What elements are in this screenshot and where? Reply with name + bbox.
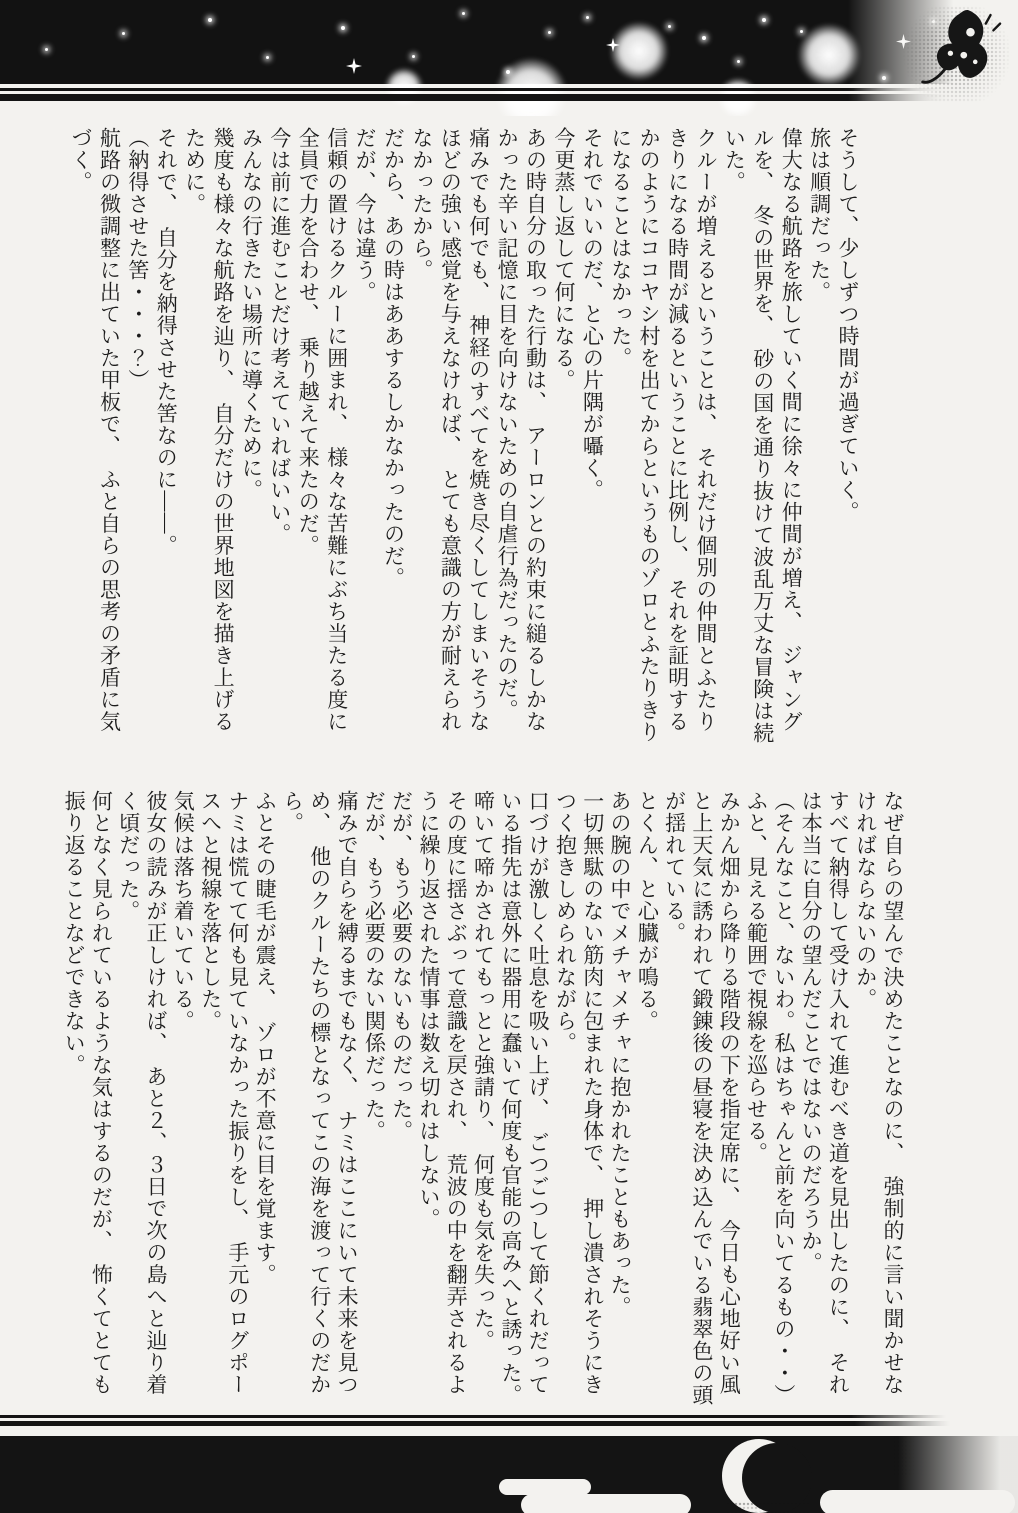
paragraph: みんなの行きたい場所に導くために。: [237, 127, 265, 745]
footer-fade: [898, 1410, 1018, 1513]
paragraph: だが、もう必要のないものだった。: [387, 790, 414, 1408]
star-dot: [762, 18, 766, 22]
paragraph: とくん、と心臓が鳴る。: [633, 790, 660, 1408]
paragraph: 啼いて啼かされてもっとと強請り、 何度も気を失った。: [469, 790, 496, 1408]
paragraph: 航路の微調整に出ていた甲板で、 ふと自らの思考の矛盾に気づく。: [67, 127, 124, 745]
butterfly-icon: [916, 2, 1002, 94]
header-rule-thin: [0, 88, 948, 91]
paragraph: 一切無駄のない筋肉に包まれた身体で、 押し潰されそうにきつく抱きしめられながら。: [551, 790, 606, 1408]
paragraph: 今は前に進むことだけ考えていればいい。: [265, 127, 293, 745]
paragraph: ふとその睫毛が震え、 ゾロが不意に目を覚ます。: [251, 790, 278, 1408]
star-dot: [800, 30, 803, 33]
footer-night-band: [0, 1410, 1018, 1513]
paragraph: みかん畑から降りる階段の下を指定席に、 今日も心地好い風と上天気に誘われて鍛錬後…: [660, 790, 742, 1408]
star-dot: [122, 32, 125, 35]
paragraph: 旅は順調だった。: [805, 127, 833, 745]
paragraph: 彼女の読みが正しければ、 あと２、３日で次の島へと辿り着く頃だった。: [114, 790, 169, 1408]
paragraph: 何となく見られているような気はするのだが、 怖くてとても振り返ることなどできない…: [60, 790, 115, 1408]
star-dot: [586, 16, 589, 19]
cloud-shape: [521, 1494, 691, 1513]
footer-rule-thin: [0, 1415, 946, 1418]
paragraph: あの時自分の取った行動は、 アーロンとの約束に縋るしかなかった辛い記憶に目を向け…: [493, 127, 550, 745]
paragraph: 痛みで自らを縛るまでもなく、 ナミはここにいて未来を見つめ、 他のクルーたちの標…: [278, 790, 360, 1408]
paragraph: だから、あの時はああするしかなかったのだ。: [379, 127, 407, 745]
paragraph: クルーが増えるということは、 それだけ個別の仲間とふたりきりになる時間が減るとい…: [606, 127, 720, 745]
star-dot: [506, 70, 510, 74]
paragraph: 偉大なる航路を旅していく間に徐々に仲間が増え、 ジャングルを、 冬の世界を、 砂…: [720, 127, 805, 745]
paragraph: そうして、少しずつ時間が過ぎていく。: [834, 127, 862, 745]
star-dot: [702, 36, 706, 40]
paragraph: なぜ自らの望んで決めたことなのに、 強制的に言い聞かせなければならないのか。: [851, 790, 906, 1408]
paragraph: ナミは慌てて何も見ていなかった振りをし、 手元のログポースへと視線を落とした。: [196, 790, 251, 1408]
header-rule-thick: [0, 94, 952, 101]
glow-orb: [610, 22, 668, 80]
header-night-sky-band: [0, 0, 1018, 116]
star-dot: [668, 25, 671, 28]
star-dot: [45, 48, 48, 51]
doujinshi-novel-page: そうして、少しずつ時間が過ぎていく。旅は順調だった。偉大なる航路を旅していく間に…: [0, 0, 1018, 1513]
paragraph: すべて納得して受け入れて進むべき道を見出したのに、 それは本当に自分の望んだこと…: [797, 790, 852, 1408]
star-dot: [266, 56, 269, 59]
paragraph: その度に揺さぶって意識を戻され、 荒波の中を翻弄されるように繰り返された情事は数…: [415, 790, 470, 1408]
paragraph: （納得させた筈・・・？）: [123, 127, 151, 745]
star-dot: [737, 60, 740, 63]
paragraph: ふと、見える範囲で視線を巡らせる。: [742, 790, 769, 1408]
paragraph: 気候は落ち着いている。: [169, 790, 196, 1408]
star-dot: [462, 12, 465, 15]
cloud-shape: [499, 1479, 591, 1495]
paragraph: だが、今は違う。: [351, 127, 379, 745]
paragraph: だが、もう必要のない関係だった。: [360, 790, 387, 1408]
story-text-bottom-block: なぜ自らの望んで決めたことなのに、 強制的に言い聞かせなければならないのか。すべ…: [60, 790, 906, 1408]
paragraph: 今更蒸し返して何になる。: [550, 127, 578, 745]
paragraph: 痛みでも何でも、 神経のすべてを焼き尽くしてしまいそうなほどの強い感覚を与えなけ…: [408, 127, 493, 745]
star-dot: [412, 55, 415, 58]
footer-rule-thick: [0, 1421, 950, 1426]
paragraph: それでいいのだ、と心の片隅が囁く。: [578, 127, 606, 745]
story-text-top-block: そうして、少しずつ時間が過ぎていく。旅は順調だった。偉大なる航路を旅していく間に…: [67, 127, 862, 745]
paragraph: 幾度も様々な航路を辿り、 自分だけの世界地図を描き上げるために。: [180, 127, 237, 745]
paragraph: 口づけが激しく吐息を吸い上げ、 ごつごつして節くれだっている指先は意外に器用に蠢…: [497, 790, 552, 1408]
paragraph: 信頼の置けるクルーに囲まれ、 様々な苦難にぶち当たる度に全員で力を合わせ、 乗り…: [294, 127, 351, 745]
paragraph: それで、 自分を納得させた筈なのに――。: [152, 127, 180, 745]
paragraph: （そんなこと、ないわ。私はちゃんと前を向いてるもの・・）: [770, 790, 797, 1408]
star-dot: [208, 18, 212, 22]
star-dot: [341, 26, 345, 30]
paragraph: あの腕の中でメチャメチャに抱かれたこともあった。: [606, 790, 633, 1408]
halftone-texture: [726, 1502, 810, 1513]
star-dot: [548, 31, 551, 34]
